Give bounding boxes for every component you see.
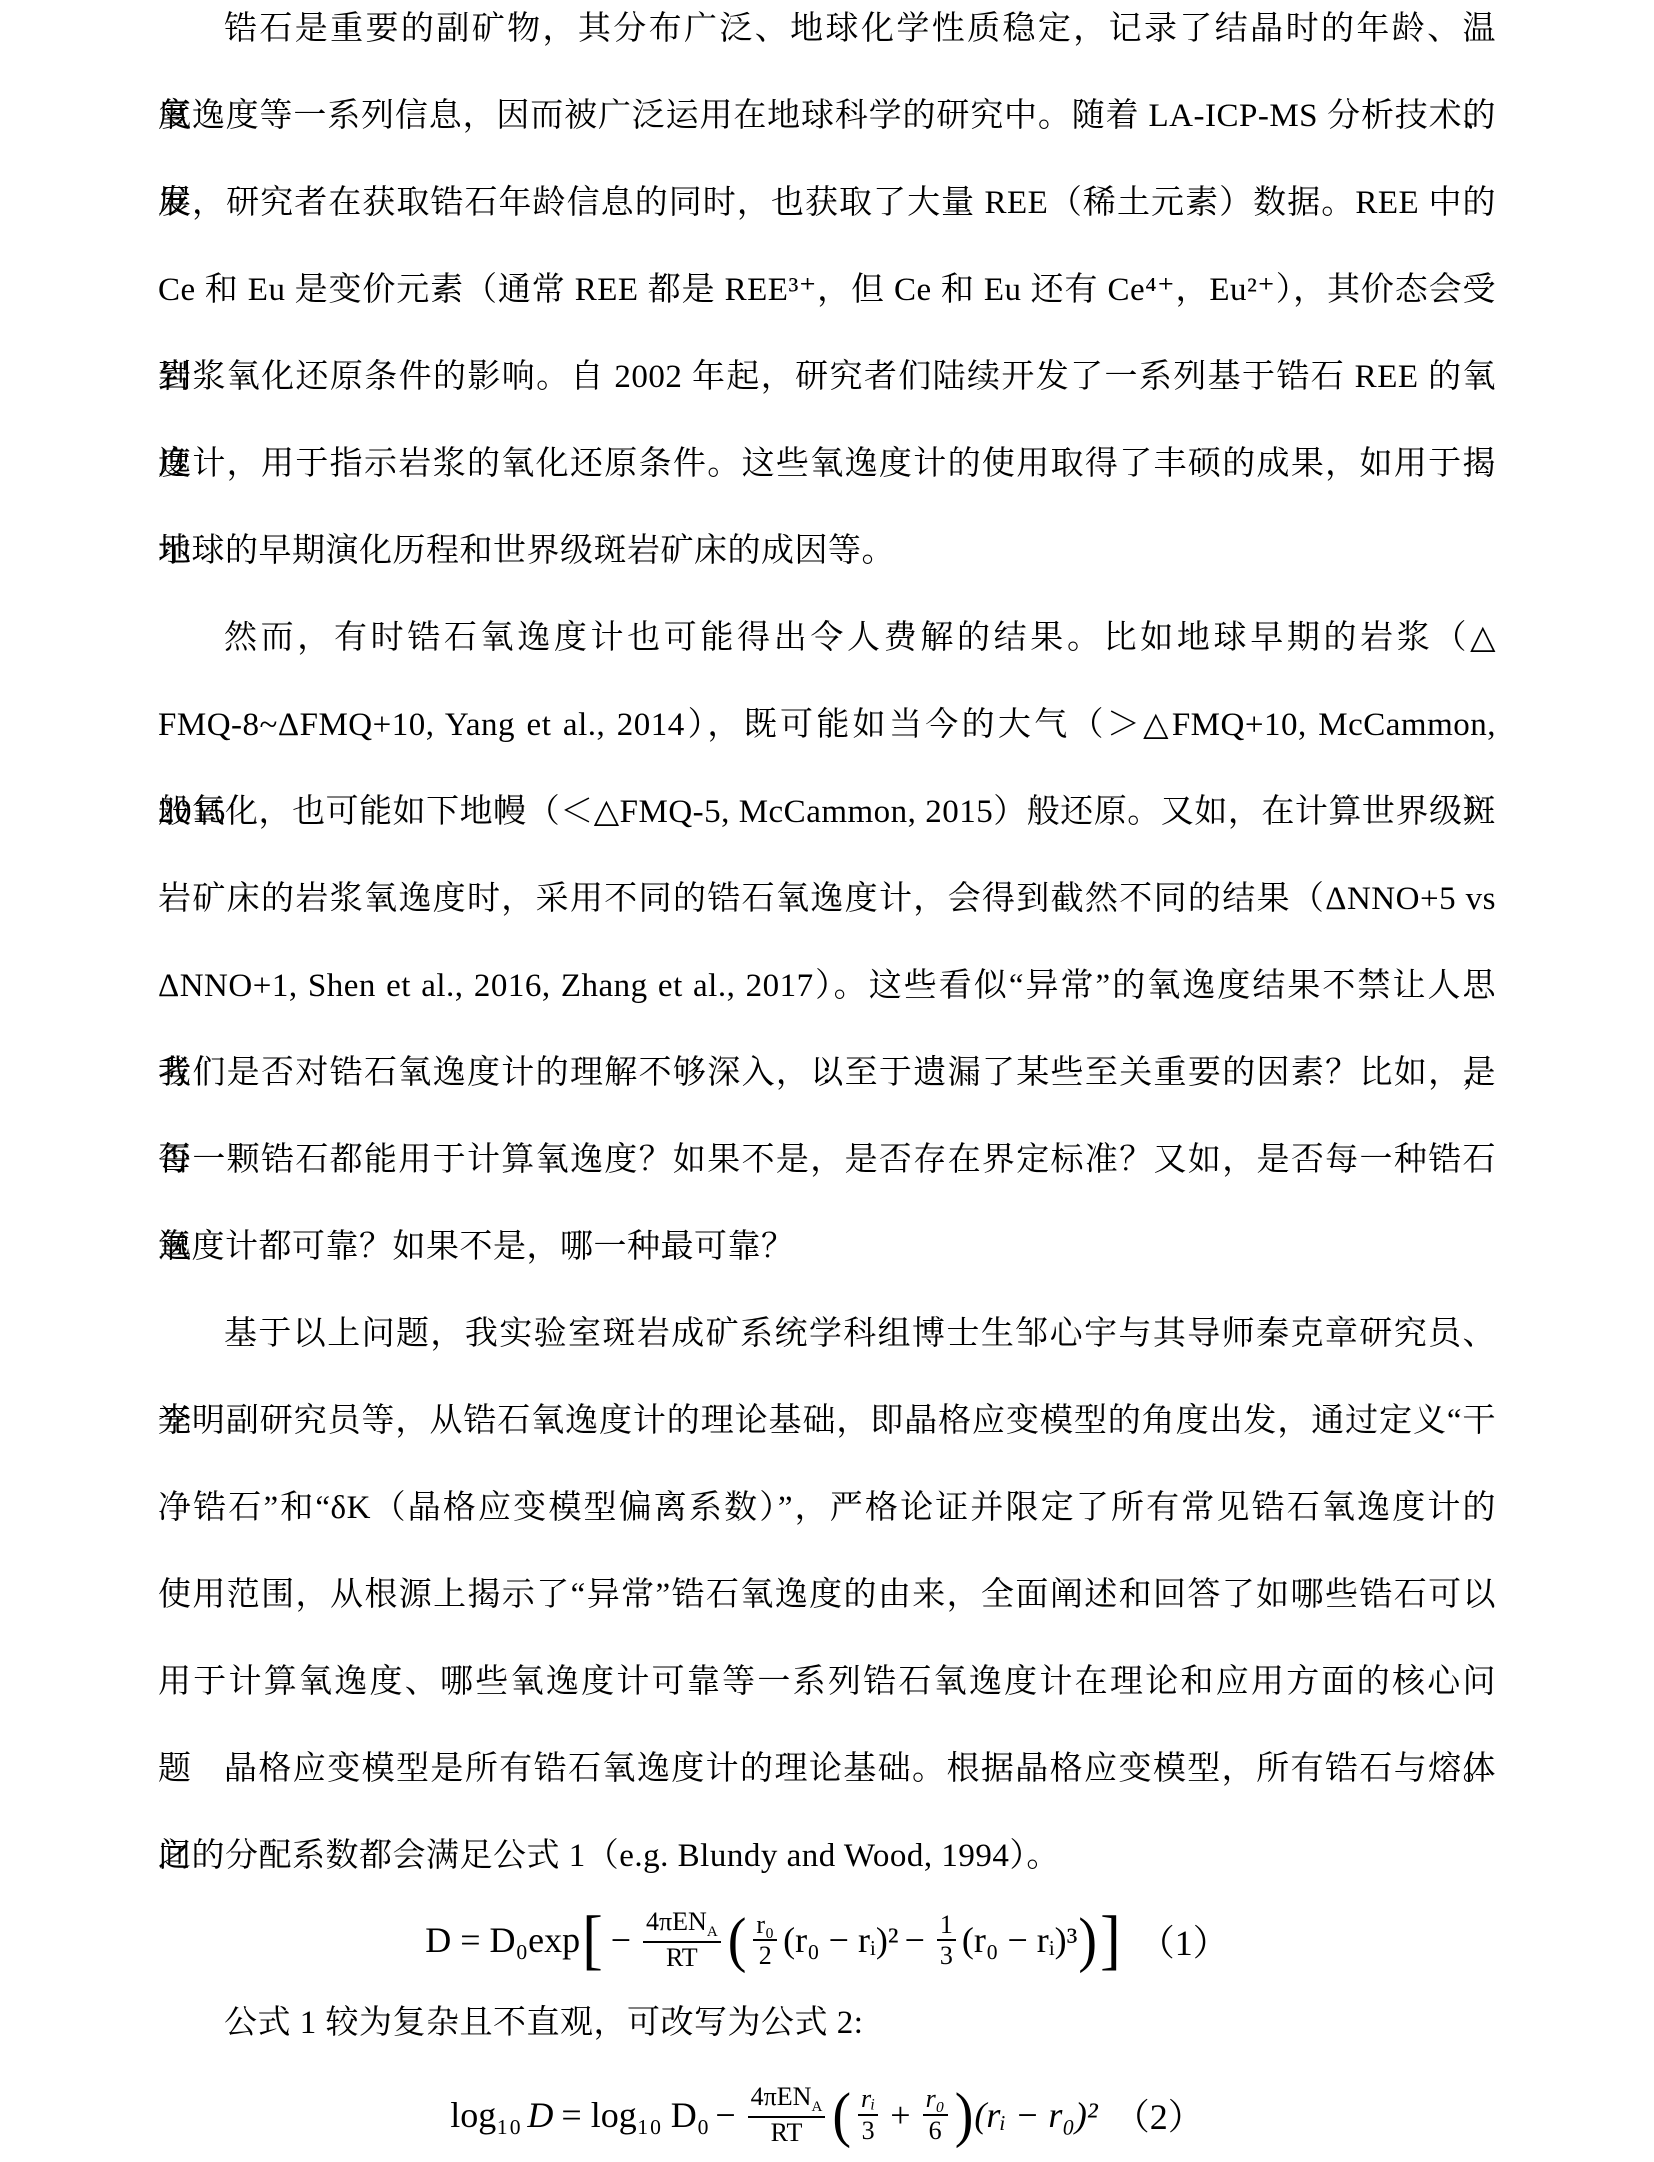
left-bracket: [ (582, 1907, 603, 1974)
term-squared: (rᵢ − r₀)² (974, 2094, 1097, 2136)
text-line: ΔNNO+1, Shen et al., 2016, Zhang et al.,… (158, 943, 1496, 1030)
text-line: 每一颗锆石都能用于计算氧逸度？如果不是，是否存在界定标准？又如，是否每一种锆石氧 (158, 1117, 1496, 1204)
fraction-numerator: r₀ (923, 2084, 948, 2115)
plus-sign: + (890, 2094, 910, 2136)
term-cubed: (r₀ − rᵢ)³ (962, 1919, 1078, 1961)
text-line: 晶格应变模型是所有锆石氧逸度计的理论基础。根据晶格应变模型，所有锆石与熔体之 (158, 1726, 1496, 1813)
right-paren: ) (955, 2084, 974, 2146)
term-squared: (r₀ − rᵢ)² (783, 1919, 899, 1961)
fraction-r0-2: r₀ 2 (753, 1910, 777, 1970)
fraction-denominator: RT (663, 1943, 701, 1972)
text-line: Ce 和 Eu 是变价元素（通常 REE 都是 REE³⁺，但 Ce 和 Eu … (158, 247, 1496, 334)
fraction-denominator: 2 (756, 1941, 775, 1970)
text-line: 般氧化，也可能如下地幔（＜△FMQ-5, McCammon, 2015）般还原。… (158, 769, 1496, 856)
minus-sign: − (905, 1919, 925, 1961)
variable-D: D (527, 2094, 553, 2136)
equation-number: （2） (1114, 2089, 1204, 2140)
fraction-denominator: RT (768, 2118, 806, 2147)
fraction-denominator: 6 (926, 2116, 945, 2145)
paragraph-2: 然而，有时锆石氧逸度计也可能得出令人费解的结果。比如地球早期的岩浆（△ FMQ-… (158, 595, 1496, 1291)
text-line: 逸度计都可靠？如果不是，哪一种最可靠？ (158, 1204, 1496, 1291)
paragraph-3: 基于以上问题，我实验室斑岩成矿系统学科组博士生邹心宇与其导师秦克章研究员、李 光… (158, 1291, 1496, 1726)
text-line: 地球的早期演化历程和世界级斑岩矿床的成因等。 (158, 508, 1496, 595)
document-page: 锆石是重要的副矿物，其分布广泛、地球化学性质稳定，记录了结晶时的年龄、温度、 氧… (0, 0, 1654, 2162)
text-line: 然而，有时锆石氧逸度计也可能得出令人费解的结果。比如地球早期的岩浆（△ (158, 595, 1496, 682)
equation-2: log₁₀ D = log₁₀ D₀ − 4πENA RT ( rᵢ 3 + r… (158, 2067, 1496, 2162)
fraction-numerator: r₀ (753, 1910, 777, 1941)
text-line: 展，研究者在获取锆石年龄信息的同时，也获取了大量 REE（稀土元素）数据。REE… (158, 160, 1496, 247)
fraction-4piENA-RT: 4πENA RT (748, 2082, 826, 2147)
fraction-numerator: 1 (937, 1910, 956, 1941)
fraction-1-3: 1 3 (937, 1910, 956, 1970)
text-line: 间的分配系数都会满足公式 1（e.g. Blundy and Wood, 199… (158, 1813, 1496, 1900)
subscript-A: A (707, 1925, 718, 1941)
text-line: 光明副研究员等，从锆石氧逸度计的理论基础，即晶格应变模型的角度出发，通过定义“干 (158, 1378, 1496, 1465)
minus-sign: − (715, 2094, 735, 2136)
fraction-denominator: 3 (937, 1941, 956, 1970)
text-line: 锆石是重要的副矿物，其分布广泛、地球化学性质稳定，记录了结晶时的年龄、温度、 (158, 0, 1496, 73)
fraction-denominator: 3 (859, 2116, 878, 2145)
text-line: 使用范围，从根源上揭示了“异常”锆石氧逸度的由来，全面阐述和回答了如哪些锆石可以 (158, 1552, 1496, 1639)
text-line: 基于以上问题，我实验室斑岩成矿系统学科组博士生邹心宇与其导师秦克章研究员、李 (158, 1291, 1496, 1378)
text-line: 度计，用于指示岩浆的氧化还原条件。这些氧逸度计的使用取得了丰硕的成果，如用于揭示 (158, 421, 1496, 508)
text-line: 岩浆氧化还原条件的影响。自 2002 年起，研究者们陆续开发了一系列基于锆石 R… (158, 334, 1496, 421)
fraction-r0-6: r₀ 6 (923, 2084, 948, 2144)
minus-sign: − (611, 1919, 631, 1961)
text-line: 氧逸度等一系列信息，因而被广泛运用在地球科学的研究中。随着 LA-ICP-MS … (158, 73, 1496, 160)
equation-lhs-eq: = log₁₀ D₀ (561, 2094, 709, 2136)
paragraph-5: 公式 1 较为复杂且不直观，可改写为公式 2: (158, 1980, 1496, 2067)
subscript-A: A (811, 2099, 822, 2115)
paragraph-4: 晶格应变模型是所有锆石氧逸度计的理论基础。根据晶格应变模型，所有锆石与熔体之 间… (158, 1726, 1496, 1900)
equation-lhs-log: log₁₀ (450, 2094, 521, 2136)
text-line: 公式 1 较为复杂且不直观，可改写为公式 2: (158, 1980, 1496, 2067)
equation-lhs: D = D₀exp (425, 1919, 580, 1961)
equation-1: D = D₀exp [ − 4πENA RT ( r₀ 2 (r₀ − rᵢ)²… (158, 1900, 1496, 1980)
right-paren: ) (1078, 1909, 1097, 1971)
fraction-numerator: 4πEN (646, 1907, 707, 1936)
fraction-numerator: 4πEN (751, 2082, 812, 2111)
equation-number: （1） (1139, 1915, 1229, 1966)
right-bracket: ] (1100, 1907, 1121, 1974)
fraction-numerator: rᵢ (858, 2084, 878, 2115)
fraction-4piENA-RT: 4πENA RT (643, 1907, 721, 1972)
text-line: 岩矿床的岩浆氧逸度时，采用不同的锆石氧逸度计，会得到截然不同的结果（ΔNNO+5… (158, 856, 1496, 943)
text-line: 用于计算氧逸度、哪些氧逸度计可靠等一系列锆石氧逸度计在理论和应用方面的核心问题。 (158, 1639, 1496, 1726)
text-line: FMQ-8~ΔFMQ+10, Yang et al., 2014），既可能如当今… (158, 682, 1496, 769)
paragraph-1: 锆石是重要的副矿物，其分布广泛、地球化学性质稳定，记录了结晶时的年龄、温度、 氧… (158, 0, 1496, 595)
text-line: 我们是否对锆石氧逸度计的理解不够深入，以至于遗漏了某些至关重要的因素？比如，是否 (158, 1030, 1496, 1117)
text-line: 净锆石”和“δK（晶格应变模型偏离系数）”，严格论证并限定了所有常见锆石氧逸度计… (158, 1465, 1496, 1552)
left-paren: ( (728, 1909, 747, 1971)
fraction-ri-3: rᵢ 3 (858, 2084, 878, 2144)
left-paren: ( (832, 2084, 851, 2146)
